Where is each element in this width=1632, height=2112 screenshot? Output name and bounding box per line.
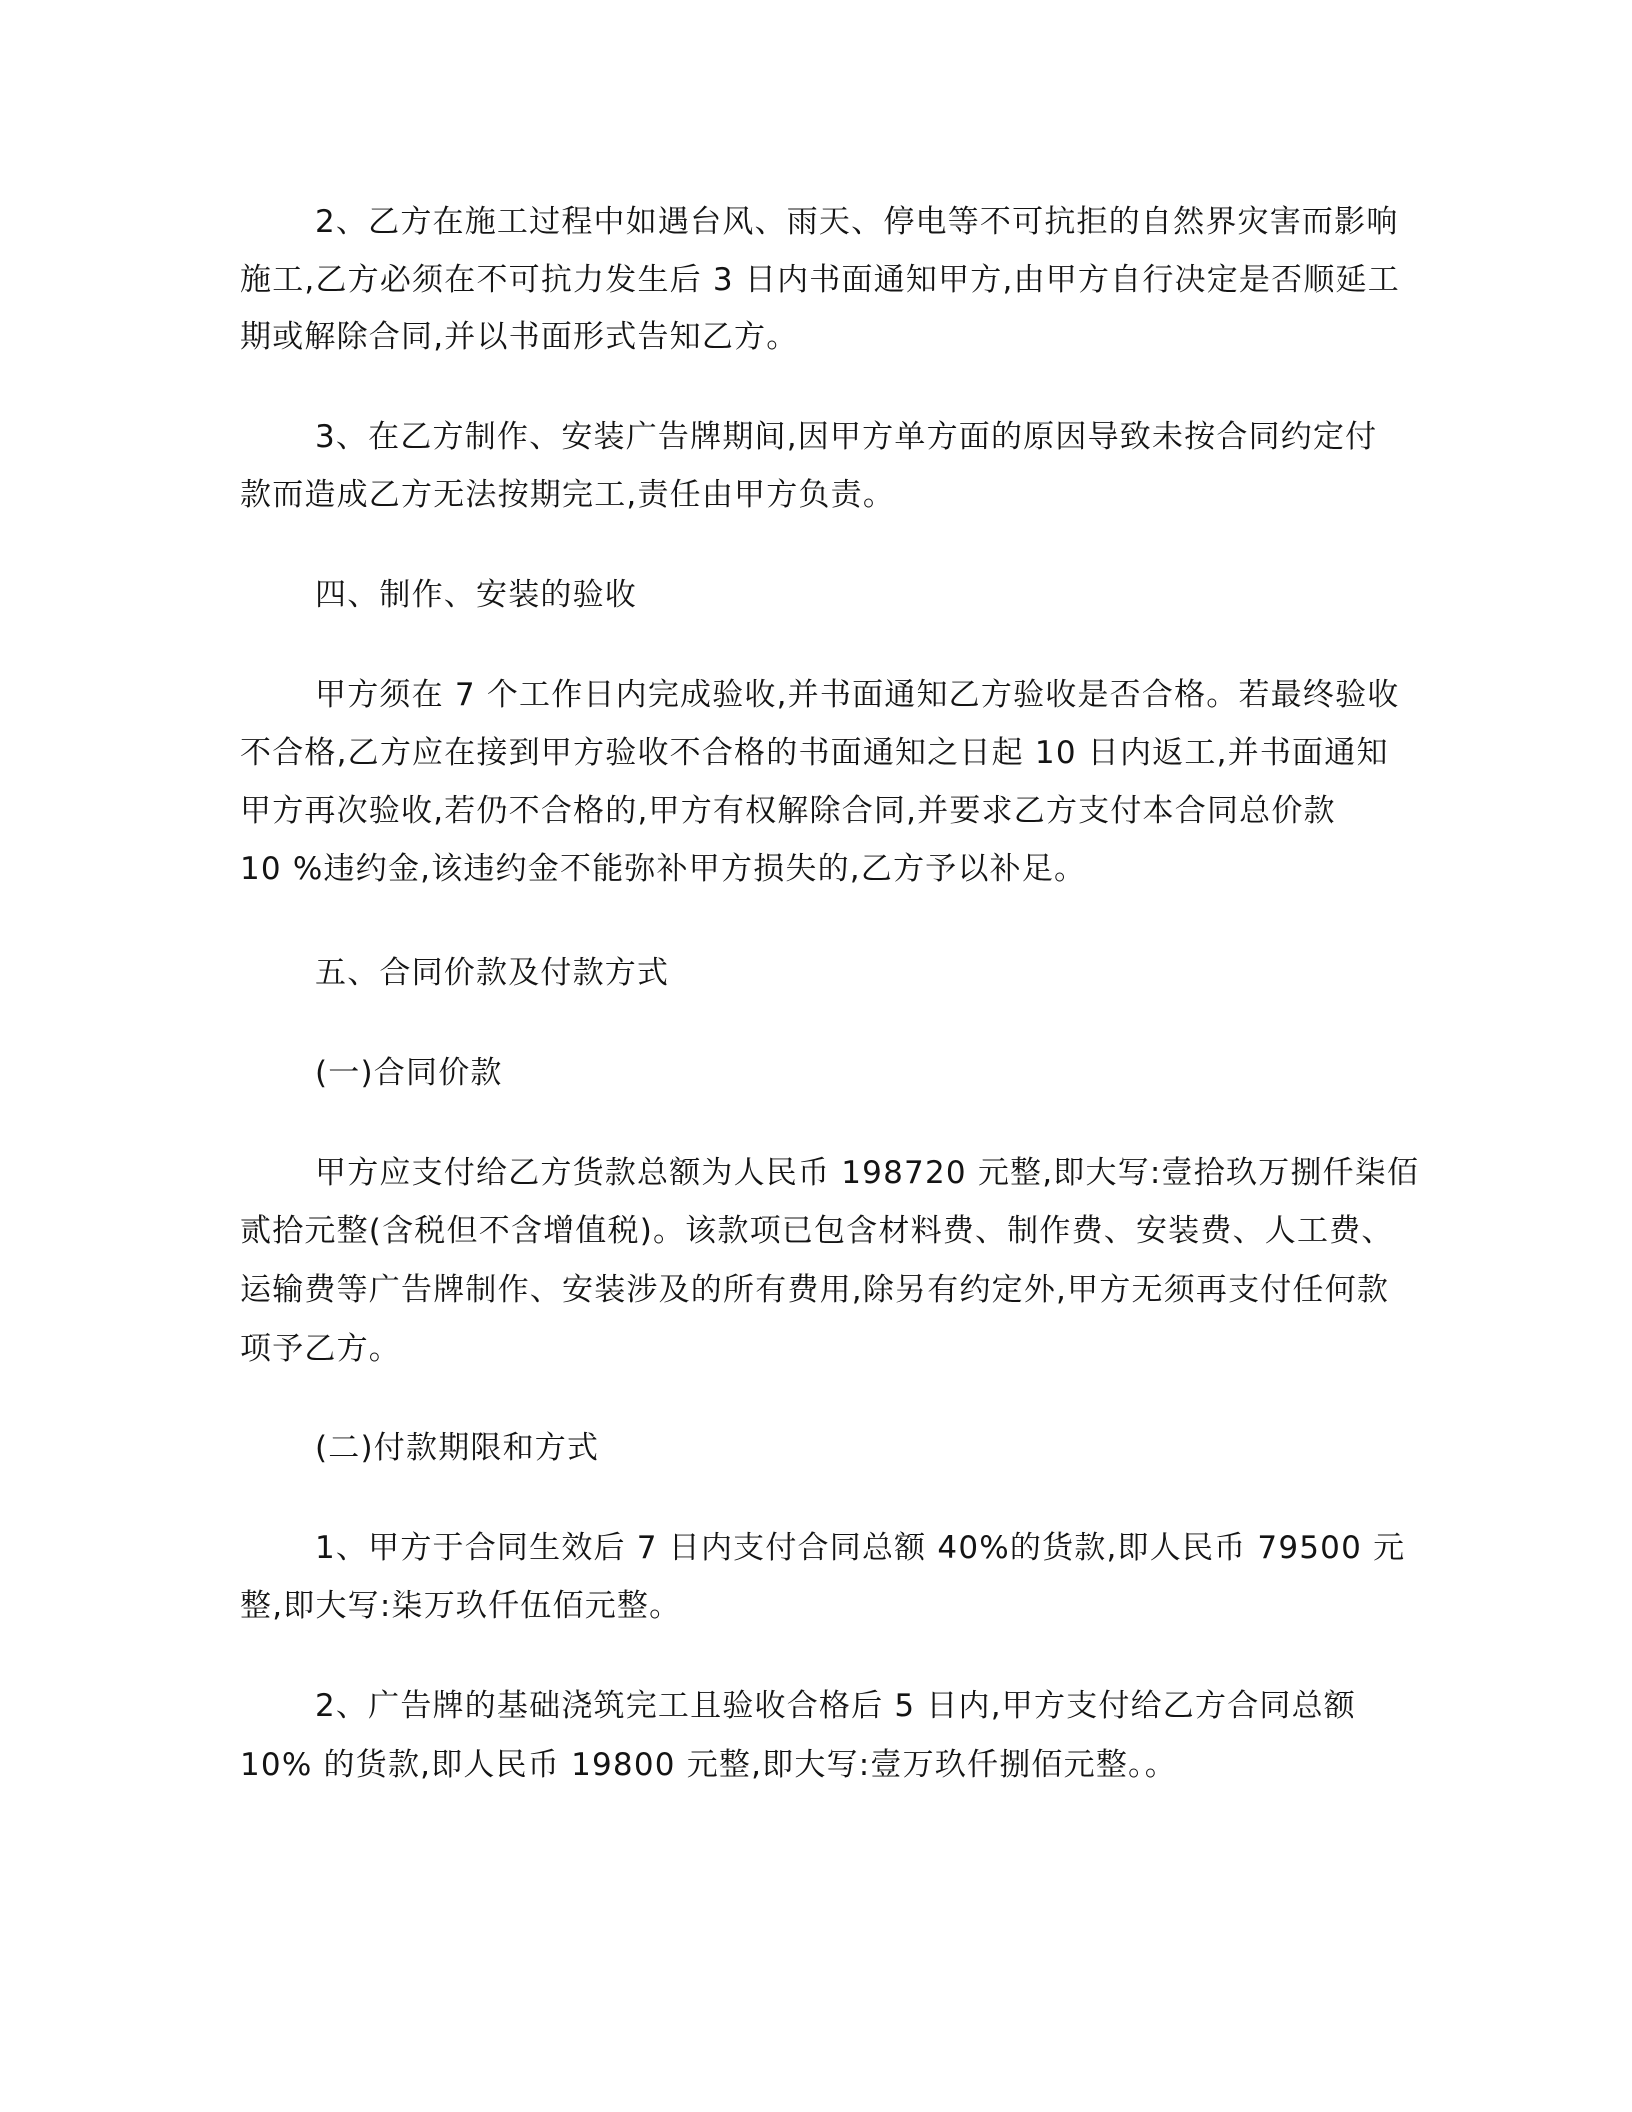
document-page: 2、乙方在施工过程中如遇台风、雨天、停电等不可抗拒的自然界灾害而影响 施工,乙方… — [0, 0, 1632, 2112]
text-line: 3、在乙方制作、安装广告牌期间,因甲方单方面的原因导致未按合同约定付 — [315, 417, 1377, 457]
text-line: 10 %违约金,该违约金不能弥补甲方损失的,乙方予以补足。 — [240, 849, 1086, 889]
subsection-heading: (一)合同价款 — [315, 1053, 503, 1093]
text-line: 贰拾元整(含税但不含增值税)。该款项已包含材料费、制作费、安装费、人工费、 — [240, 1211, 1394, 1251]
text-line: 10% 的货款,即人民币 19800 元整,即大写:壹万玖仟捌佰元整。。 — [240, 1745, 1177, 1785]
text-line: 甲方须在 7 个工作日内完成验收,并书面通知乙方验收是否合格。若最终验收 — [315, 675, 1399, 715]
text-line: 2、乙方在施工过程中如遇台风、雨天、停电等不可抗拒的自然界灾害而影响 — [315, 202, 1399, 242]
text-line: 期或解除合同,并以书面形式告知乙方。 — [240, 317, 798, 357]
text-line: 2、广告牌的基础浇筑完工且验收合格后 5 日内,甲方支付给乙方合同总额 — [315, 1686, 1356, 1726]
text-line: 甲方再次验收,若仍不合格的,甲方有权解除合同,并要求乙方支付本合同总价款 — [240, 791, 1336, 831]
text-line: 整,即大写:柒万玖仟伍佰元整。 — [240, 1586, 681, 1626]
text-line: 施工,乙方必须在不可抗力发生后 3 日内书面通知甲方,由甲方自行决定是否顺延工 — [240, 260, 1400, 300]
section-heading: 四、制作、安装的验收 — [315, 575, 637, 615]
text-line: 不合格,乙方应在接到甲方验收不合格的书面通知之日起 10 日内返工,并书面通知 — [240, 733, 1389, 773]
text-line: 运输费等广告牌制作、安装涉及的所有费用,除另有约定外,甲方无须再支付任何款 — [240, 1270, 1389, 1310]
text-line: 1、甲方于合同生效后 7 日内支付合同总额 40%的货款,即人民币 79500 … — [315, 1528, 1405, 1568]
text-line: 项予乙方。 — [240, 1329, 401, 1369]
text-line: 甲方应支付给乙方货款总额为人民币 198720 元整,即大写:壹拾玖万捌仟柒佰 — [315, 1153, 1419, 1193]
text-line: 款而造成乙方无法按期完工,责任由甲方负责。 — [240, 475, 895, 515]
section-heading: 五、合同价款及付款方式 — [315, 953, 669, 993]
subsection-heading: (二)付款期限和方式 — [315, 1428, 599, 1468]
